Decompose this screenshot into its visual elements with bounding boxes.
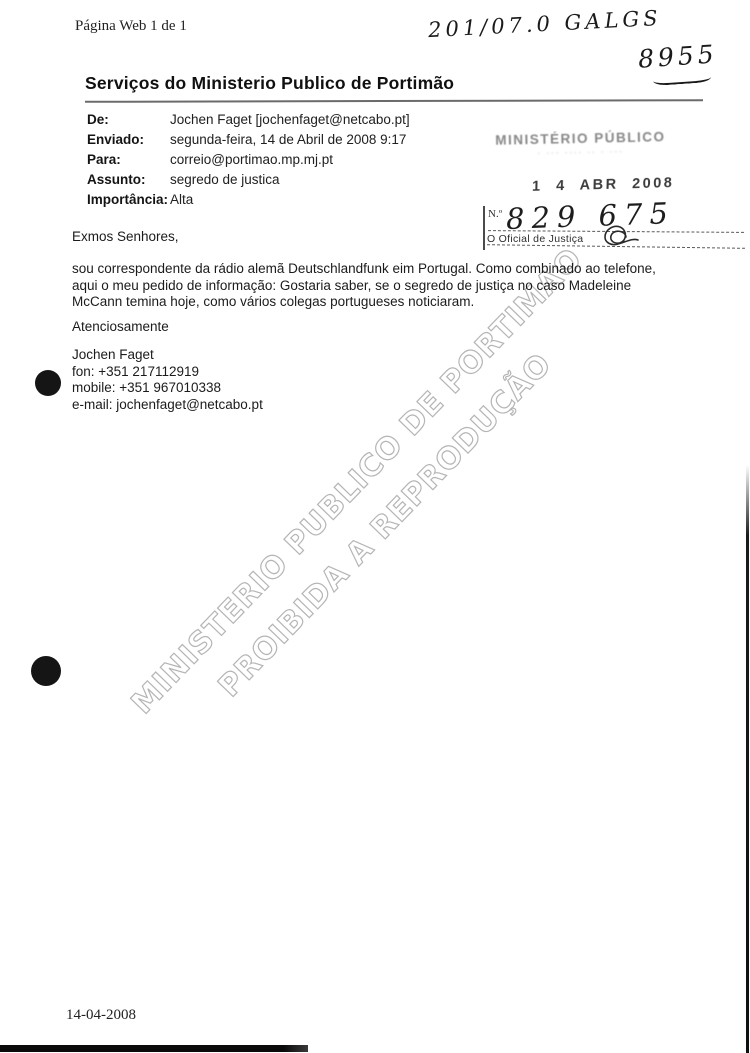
stamp-name-subtext: · ··· ···· ·· · ··· bbox=[488, 146, 673, 159]
scan-artifact-bottom-bar bbox=[0, 1045, 308, 1052]
email-header-block: De: Jochen Faget [jochenfaget@netcabo.pt… bbox=[87, 110, 507, 210]
header-value: Alta bbox=[170, 190, 193, 210]
header-label: De: bbox=[87, 110, 170, 130]
signature-phone: fon: +351 217112919 bbox=[72, 364, 263, 381]
registry-number-label: N.º bbox=[488, 208, 502, 220]
signature-email: e-mail: jochenfaget@netcabo.pt bbox=[72, 397, 263, 414]
header-row-from: De: Jochen Faget [jochenfaget@netcabo.pt… bbox=[87, 110, 507, 130]
scan-artifact-right-edge bbox=[746, 465, 749, 1053]
sender-signature-block: Jochen Faget fon: +351 217112919 mobile:… bbox=[72, 347, 263, 413]
officer-of-justice-label: O Oficial de Justiça bbox=[487, 233, 583, 245]
handwritten-page-number: 8955 bbox=[637, 39, 718, 73]
header-row-subject: Assunto: segredo de justica bbox=[87, 170, 507, 190]
watermark-line-2: PROIBIDA A REPRODUÇÃO bbox=[212, 346, 559, 704]
officer-signature-scribble bbox=[598, 221, 640, 249]
header-label: Assunto: bbox=[87, 170, 170, 190]
registry-box-border bbox=[483, 206, 485, 250]
signature-mobile: mobile: +351 967010338 bbox=[72, 380, 263, 397]
signature-name: Jochen Faget bbox=[72, 347, 263, 364]
handwritten-underline bbox=[653, 72, 712, 86]
handwritten-case-number: 201/07.0 GALGS bbox=[428, 6, 663, 42]
header-value: segredo de justica bbox=[170, 170, 280, 190]
watermark-line-1: MINISTERIO PUBLICO DE PORTIMAO bbox=[125, 241, 590, 721]
page-web-indicator: Página Web 1 de 1 bbox=[75, 18, 187, 35]
letterhead-title: Serviços do Ministerio Publico de Portim… bbox=[85, 73, 454, 94]
letter-salutation: Exmos Senhores, bbox=[72, 229, 179, 246]
header-value: segunda-feira, 14 de Abril de 2008 9:17 bbox=[170, 130, 406, 150]
header-value: correio@portimao.mp.mj.pt bbox=[170, 150, 333, 170]
letter-closing: Atenciosamente bbox=[72, 319, 169, 336]
paragraph-line: McCann temina hoje, como vários colegas … bbox=[72, 294, 712, 311]
header-row-sent: Enviado: segunda-feira, 14 de Abril de 2… bbox=[87, 130, 507, 150]
punch-hole bbox=[31, 656, 61, 686]
letter-paragraph: sou correspondente da rádio alemã Deutsc… bbox=[72, 261, 712, 311]
header-label: Importância: bbox=[87, 190, 170, 210]
paragraph-line: sou correspondente da rádio alemã Deutsc… bbox=[72, 261, 712, 278]
header-label: Enviado: bbox=[87, 130, 170, 150]
stamp-name-text: MINISTÉRIO PÚBLICO bbox=[495, 129, 666, 148]
punch-hole bbox=[35, 370, 61, 396]
header-row-to: Para: correio@portimao.mp.mj.pt bbox=[87, 150, 507, 170]
footer-print-date: 14-04-2008 bbox=[66, 1007, 136, 1024]
letterhead-divider bbox=[85, 99, 703, 103]
header-row-importance: Importância: Alta bbox=[87, 190, 507, 210]
ministerio-publico-stamp: MINISTÉRIO PÚBLICO · ··· ···· ·· · ··· bbox=[488, 129, 674, 159]
paragraph-line: aqui o meu pedido de informação: Gostari… bbox=[72, 278, 712, 295]
header-value: Jochen Faget [jochenfaget@netcabo.pt] bbox=[170, 110, 410, 130]
date-received-stamp: 1 4 ABR 2008 bbox=[532, 175, 675, 195]
header-label: Para: bbox=[87, 150, 170, 170]
